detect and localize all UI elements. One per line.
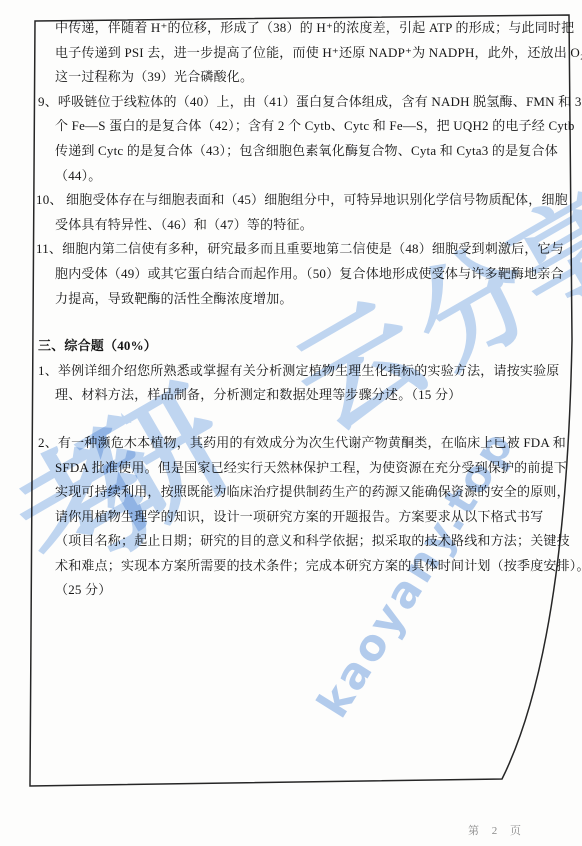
text-line: （项目名称；起止日期；研究的目的意义和科学依据；拟采取的技术路线和方法；关键技: [36, 529, 576, 554]
text-line: 这一过程称为（39）光合磷酸化。: [36, 65, 576, 90]
text-line: 理、材料方法，样品制备，分析测定和数据处理等步骤分述。（15 分）: [36, 383, 576, 408]
text-line: 传递到 Cytc 的是复合体（43）；包含细胞色素氧化酶复合物、Cyta 和 C…: [36, 139, 576, 164]
text-line: 个 Fe—S 蛋白的是复合体（42）；含有 2 个 Cytb、Cytc 和 Fe…: [36, 114, 576, 139]
text-line: 电子传递到 PSI 去，进一步提高了位能，而使 H⁺还原 NADP⁺为 NADP…: [36, 41, 576, 66]
text-line: （44）。: [36, 164, 576, 189]
question-1-line: 1、举例详细介绍您所熟悉或掌握有关分析测定植物生理生化指标的实验方法，请按实验原: [36, 359, 576, 384]
scanned-exam-page: 中传递，伴随着 H⁺的位移，形成了（38）的 H⁺的浓度差，引起 ATP 的形成…: [0, 0, 582, 846]
text-line: SFDA 批准使用。但是国家已经实行天然林保护工程，为使资源在充分受到保护的前提…: [36, 456, 576, 481]
exam-text-block: 中传递，伴随着 H⁺的位移，形成了（38）的 H⁺的浓度差，引起 ATP 的形成…: [36, 16, 576, 603]
section-heading: 三、综合题（40%）: [36, 334, 576, 359]
text-line: （25 分）: [36, 578, 576, 603]
question-10-line: 10、 细胞受体存在与细胞表面和（45）细胞组分中，可特异地识别化学信号物质配体…: [36, 188, 576, 213]
text-line: 请你用植物生理学的知识，设计一项研究方案的开题报告。方案要求从以下格式书写: [36, 505, 576, 530]
question-9-line: 9、呼吸链位于线粒体的（40）上，由（41）蛋白复合体组成，含有 NADH 脱氢…: [36, 90, 576, 115]
text-line: 术和难点；实现本方案所需要的技术条件；完成本研究方案的具体时间计划（按季度安排）…: [36, 554, 576, 579]
page-number: 第 2 页: [468, 822, 526, 838]
text-line: 力提高，导致靶酶的活性全酶浓度增加。: [36, 287, 576, 312]
text-line: 实现可持续利用，按照既能为临床治疗提供制药生产的药源又能确保资源的安全的原则，: [36, 480, 576, 505]
text-line: 受体具有特异性、（46）和（47）等的特征。: [36, 213, 576, 238]
question-11-line: 11、细胞内第二信使有多种，研究最多而且重要地第二信使是（48）细胞受到刺激后，…: [36, 237, 576, 262]
text-line: 胞内受体（49）或其它蛋白结合而起作用。（50）复合体地形成使受体与许多靶酶地亲…: [36, 262, 576, 287]
question-2-line: 2、有一种濒危木本植物，其药用的有效成分为次生代谢产物黄酮类，在临床上已被 FD…: [36, 431, 576, 456]
text-line: 中传递，伴随着 H⁺的位移，形成了（38）的 H⁺的浓度差，引起 ATP 的形成…: [36, 16, 576, 41]
